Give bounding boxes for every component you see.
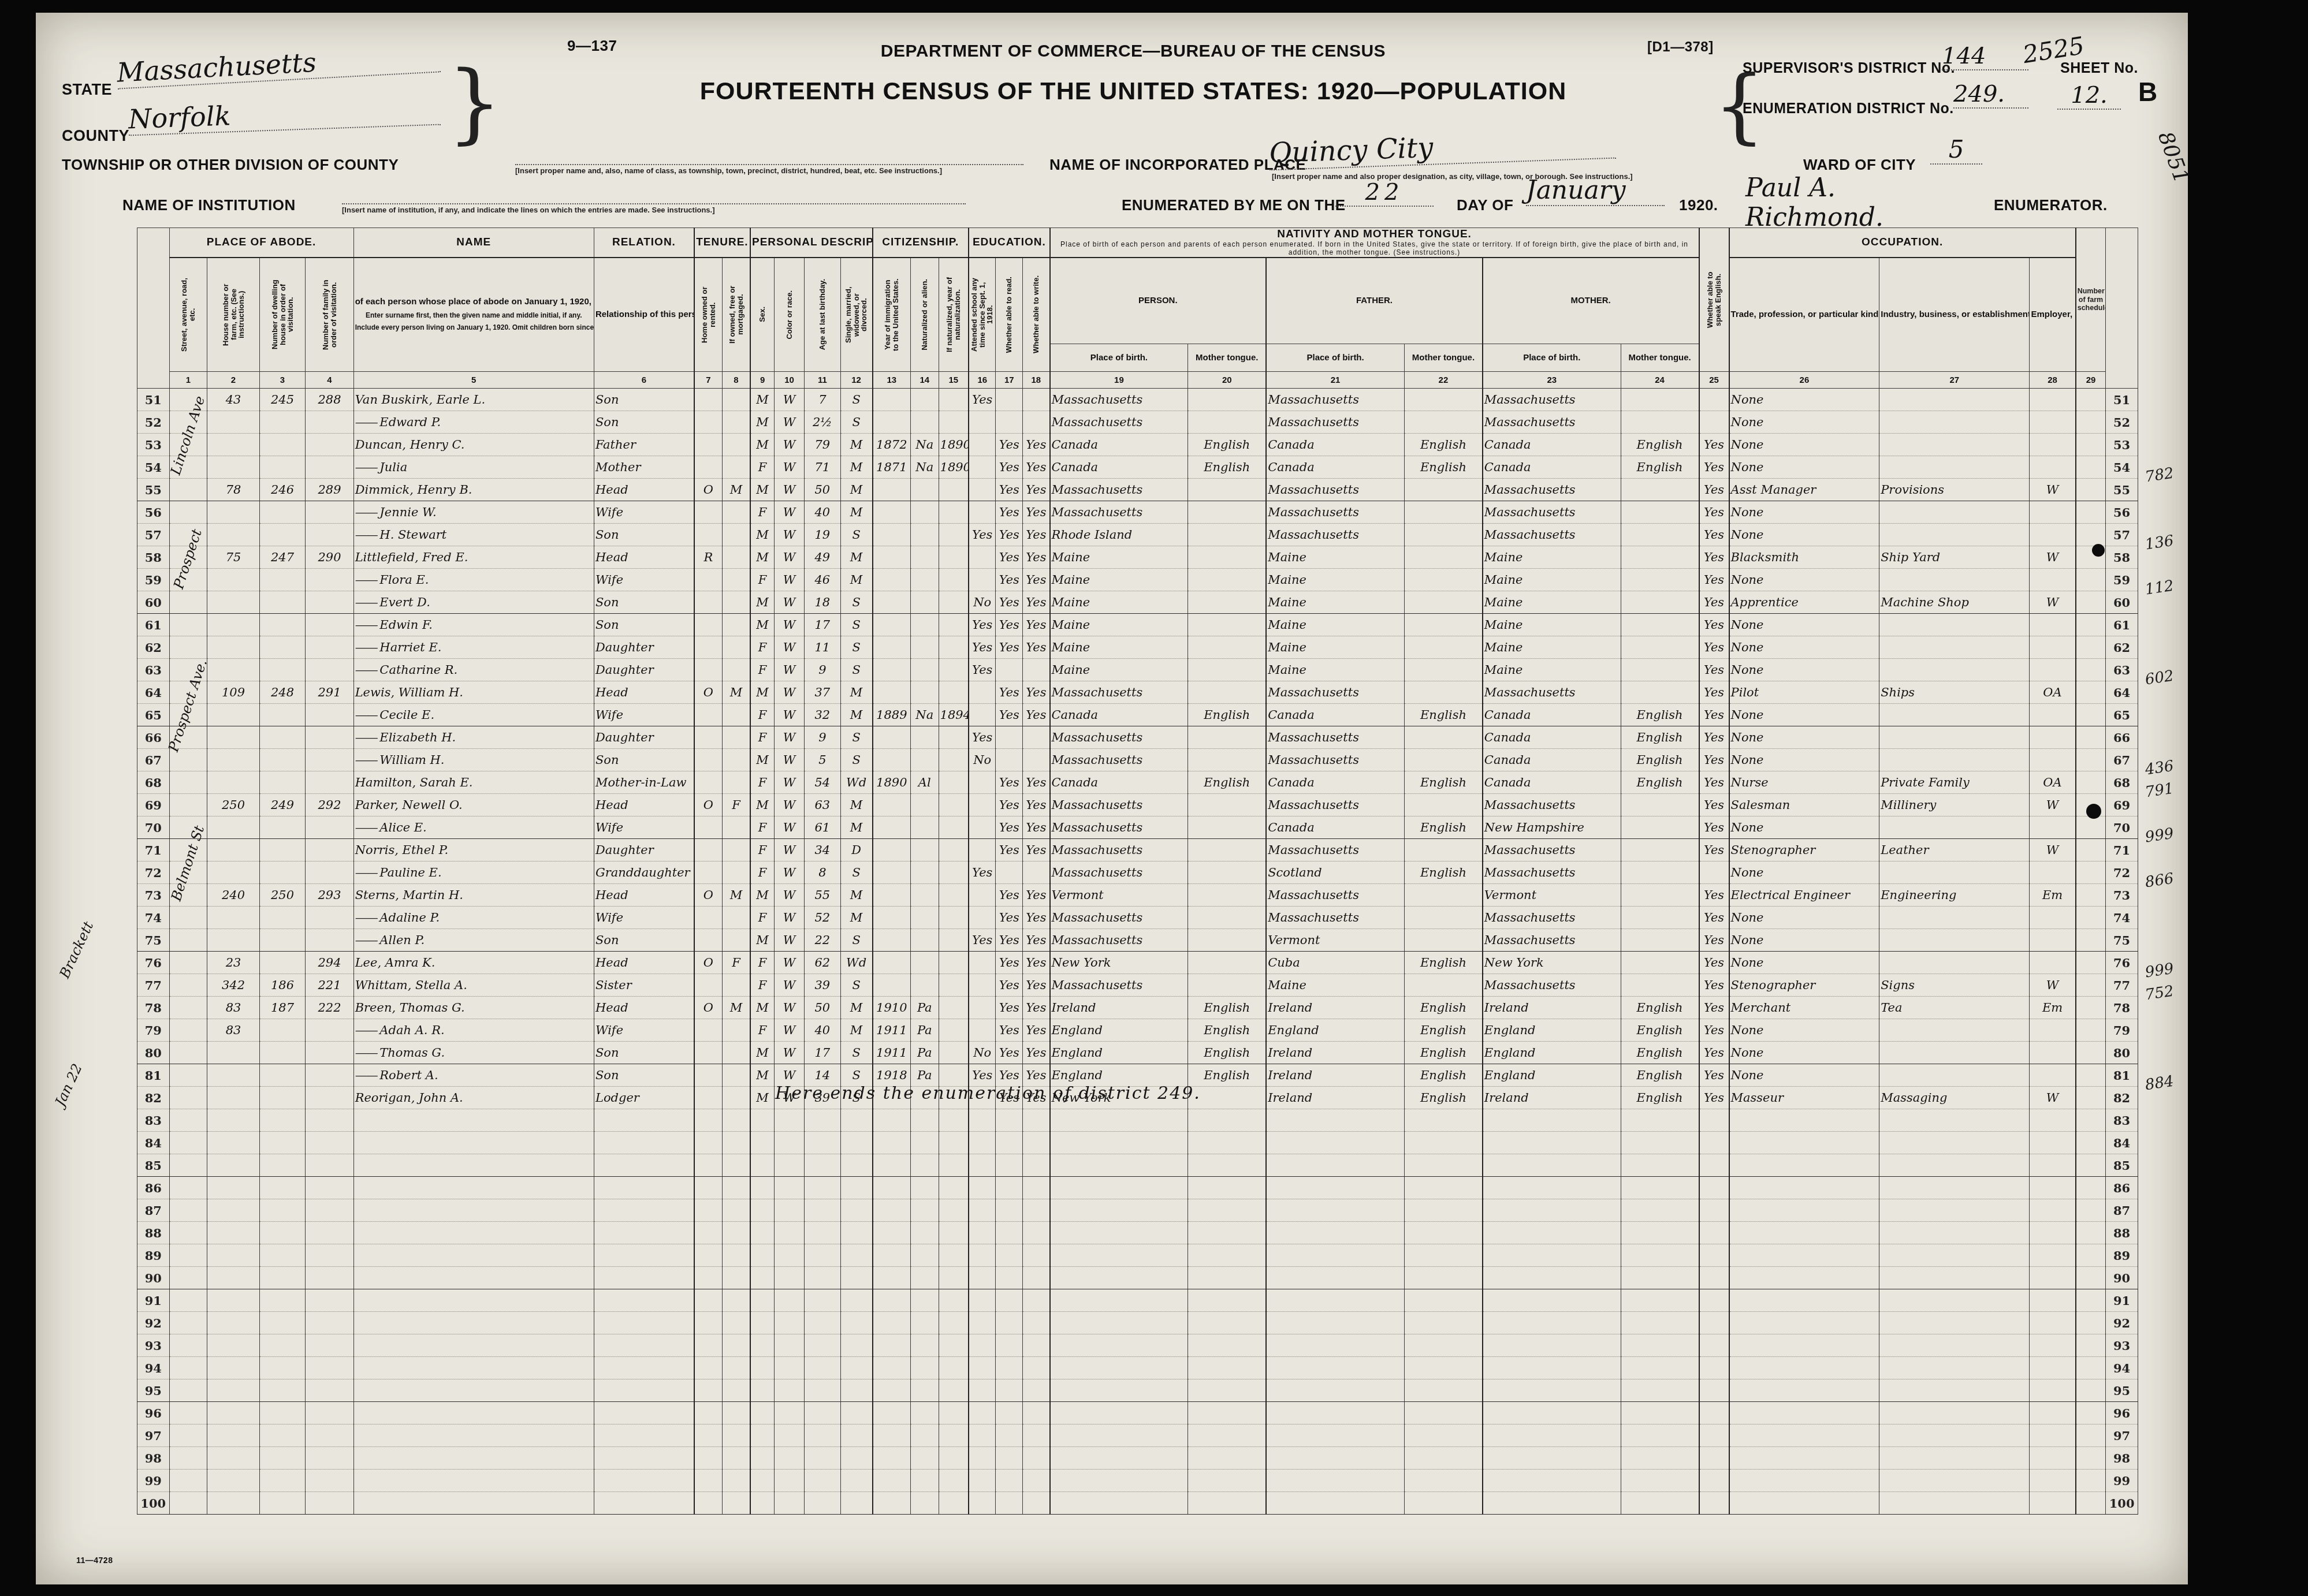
cell-mortgage [722, 501, 750, 524]
cell-trade: None [1729, 862, 1879, 884]
cell-house [207, 1267, 259, 1289]
cell-emp [2030, 1492, 2076, 1515]
line-number: 96 [2106, 1402, 2138, 1425]
cell-name: Reorigan, John A. [353, 1087, 594, 1109]
cell-pmt [1188, 546, 1266, 569]
cell-name [353, 1334, 594, 1357]
cell-mb: Maine [1483, 659, 1621, 681]
cell-fb: Maine [1266, 569, 1404, 591]
cell-write: Yes [1023, 907, 1050, 929]
cell-name [353, 1199, 594, 1222]
cell-family: 222 [306, 997, 353, 1019]
line-number: 74 [137, 907, 170, 929]
cell-age [805, 1312, 840, 1334]
cell-write [1023, 1402, 1050, 1425]
cell-pb [1050, 1109, 1188, 1132]
cell-street [169, 1357, 207, 1379]
cell-street [169, 1042, 207, 1064]
cell-name: Jennie W. [353, 501, 594, 524]
cell-fb: Maine [1266, 636, 1404, 659]
cell-natyear [939, 614, 969, 636]
cell-school [969, 884, 996, 907]
cell-name: Norris, Ethel P. [353, 839, 594, 862]
cell-mb [1483, 1470, 1621, 1492]
cell-farm [2076, 997, 2106, 1019]
cell-house: 83 [207, 997, 259, 1019]
cell-color: W [775, 636, 805, 659]
cell-emp [2030, 1019, 2076, 1042]
cell-sex [750, 1267, 775, 1289]
cell-pb [1050, 1447, 1188, 1470]
table-row: 72Pauline E.GranddaughterFW8SYesMassachu… [137, 862, 2138, 884]
cell-tenure [694, 1357, 723, 1379]
cell-dwelling [259, 1199, 306, 1222]
cell-color: W [775, 794, 805, 816]
cell-imm [873, 1402, 911, 1425]
cell-imm [873, 794, 911, 816]
cell-write [1023, 1447, 1050, 1470]
cell-street [169, 1312, 207, 1334]
incorporated-place-value: Quincy City [1268, 125, 1616, 171]
cell-read: Yes [996, 974, 1023, 997]
cell-marital: M [840, 794, 873, 816]
cell-write: Yes [1023, 816, 1050, 839]
subgroup-father: FATHER. [1266, 258, 1483, 344]
cell-emp [2030, 1199, 2076, 1222]
cell-sex [750, 1199, 775, 1222]
cell-pmt [1188, 1267, 1266, 1289]
cell-mmt: English [1621, 997, 1699, 1019]
cell-industry [1879, 411, 2030, 434]
cell-trade: None [1729, 816, 1879, 839]
cell-nat [910, 1470, 939, 1492]
cell-sex: M [750, 411, 775, 434]
table-row: 67William H.SonMW5SNoMassachusettsMassac… [137, 749, 2138, 771]
cell-color: W [775, 771, 805, 794]
cell-nat [910, 749, 939, 771]
line-number: 76 [137, 952, 170, 974]
cell-dwelling [259, 1357, 306, 1379]
cell-fb [1266, 1379, 1404, 1402]
cell-imm [873, 1244, 911, 1267]
cell-farm [2076, 569, 2106, 591]
cell-pb: Maine [1050, 591, 1188, 614]
cell-trade [1729, 1402, 1879, 1425]
cell-pb: Canada [1050, 456, 1188, 479]
cell-age: 79 [805, 434, 840, 456]
cell-dwelling [259, 1289, 306, 1312]
line-number: 68 [2106, 771, 2138, 794]
cell-age [805, 1109, 840, 1132]
cell-fb [1266, 1132, 1404, 1154]
cell-color: W [775, 1042, 805, 1064]
cell-industry [1879, 1199, 2030, 1222]
col-header-family-number: Number of family in order of visitation. [306, 258, 353, 372]
line-number: 98 [2106, 1447, 2138, 1470]
cell-dwelling [259, 434, 306, 456]
cell-relation [594, 1109, 694, 1132]
cell-pb [1050, 1425, 1188, 1447]
cell-mb: England [1483, 1019, 1621, 1042]
cell-fb: England [1266, 1019, 1404, 1042]
cell-write [1023, 1244, 1050, 1267]
line-number: 57 [137, 524, 170, 546]
enumeration-district-value: 249. [1953, 81, 2028, 109]
table-row: 9696 [137, 1402, 2138, 1425]
line-number: 87 [2106, 1199, 2138, 1222]
cell-imm [873, 1177, 911, 1199]
cell-imm [873, 839, 911, 862]
cell-dwelling [259, 1312, 306, 1334]
cell-sex: M [750, 389, 775, 411]
cell-mortgage [722, 704, 750, 726]
cell-write [1023, 1109, 1050, 1132]
cell-pb: England [1050, 1042, 1188, 1064]
cell-name: Thomas G. [353, 1042, 594, 1064]
cell-color: W [775, 862, 805, 884]
cell-school [969, 839, 996, 862]
cell-sex: M [750, 524, 775, 546]
cell-fmt: English [1405, 704, 1483, 726]
cell-imm [873, 862, 911, 884]
cell-street [169, 1199, 207, 1222]
ward-value: 5 [1930, 135, 1982, 165]
cell-school [969, 1379, 996, 1402]
cell-name [353, 1379, 594, 1402]
cell-dwelling [259, 749, 306, 771]
cell-natyear [939, 1312, 969, 1334]
column-number-row: 1234 5678 9101112 13141516 17181920 2122… [137, 372, 2138, 389]
cell-mb: Canada [1483, 434, 1621, 456]
cell-age: 11 [805, 636, 840, 659]
cell-mmt [1621, 614, 1699, 636]
cell-school: No [969, 749, 996, 771]
cell-house [207, 614, 259, 636]
cell-emp [2030, 816, 2076, 839]
cell-nat [910, 1379, 939, 1402]
cell-pmt [1188, 1154, 1266, 1177]
cell-age [805, 1244, 840, 1267]
cell-house [207, 1334, 259, 1357]
cell-school: No [969, 591, 996, 614]
cell-mb [1483, 1244, 1621, 1267]
cell-age: 17 [805, 614, 840, 636]
cell-natyear [939, 1425, 969, 1447]
cell-street [169, 1132, 207, 1154]
cell-mortgage [722, 1312, 750, 1334]
table-row: 7623294Lee, Amra K.HeadOFFW62WdYesYesNew… [137, 952, 2138, 974]
cell-pmt [1188, 411, 1266, 434]
cell-name [353, 1470, 594, 1492]
cell-mb: Massachusetts [1483, 974, 1621, 997]
cell-pb [1050, 1177, 1188, 1199]
cell-tenure [694, 1447, 723, 1470]
cell-imm: 1890 [873, 771, 911, 794]
cell-house [207, 1177, 259, 1199]
group-place-of-abode: PLACE OF ABODE. [169, 228, 353, 258]
cell-street [169, 929, 207, 952]
cell-farm [2076, 389, 2106, 411]
cell-family [306, 1019, 353, 1042]
cell-marital: M [840, 479, 873, 501]
cell-fb: Canada [1266, 456, 1404, 479]
cell-fb [1266, 1177, 1404, 1199]
table-row: 7883187222Breen, Thomas G.HeadOMMW50M191… [137, 997, 2138, 1019]
cell-age: 55 [805, 884, 840, 907]
cell-mb [1483, 1199, 1621, 1222]
cell-pmt [1188, 591, 1266, 614]
cell-pb: Rhode Island [1050, 524, 1188, 546]
cell-age: 18 [805, 591, 840, 614]
line-number: 76 [2106, 952, 2138, 974]
cell-nat [910, 524, 939, 546]
cell-dwelling: 247 [259, 546, 306, 569]
cell-fb [1266, 1425, 1404, 1447]
cell-emp [2030, 1267, 2076, 1289]
margin-tally-number: 884 [2144, 1073, 2175, 1094]
cell-fmt [1405, 974, 1483, 997]
cell-eng: Yes [1699, 929, 1729, 952]
cell-nat [910, 411, 939, 434]
col-header-farm-schedule: Number of farm schedule. [2076, 228, 2106, 372]
cell-write: Yes [1023, 929, 1050, 952]
cell-trade: None [1729, 434, 1879, 456]
line-number: 89 [137, 1244, 170, 1267]
cell-mb: Canada [1483, 749, 1621, 771]
footer-form-code: 11—4728 [76, 1556, 113, 1565]
cell-sex: M [750, 997, 775, 1019]
cell-school [969, 546, 996, 569]
margin-tally-number: 112 [2144, 577, 2175, 599]
line-number: 94 [137, 1357, 170, 1379]
cell-fmt: English [1405, 456, 1483, 479]
cell-farm [2076, 591, 2106, 614]
table-row: 5578246289Dimmick, Henry B.HeadOMMW50MYe… [137, 479, 2138, 501]
cell-natyear [939, 997, 969, 1019]
cell-family [306, 524, 353, 546]
cell-sex: F [750, 952, 775, 974]
cell-natyear [939, 1402, 969, 1425]
line-number: 85 [137, 1154, 170, 1177]
cell-mortgage [722, 929, 750, 952]
cell-dwelling: 187 [259, 997, 306, 1019]
cell-write [1023, 1222, 1050, 1244]
cell-fb [1266, 1244, 1404, 1267]
table-row: 77342186221Whittam, Stella A.SisterFW39S… [137, 974, 2138, 997]
cell-trade: None [1729, 501, 1879, 524]
cell-eng: Yes [1699, 614, 1729, 636]
cell-house [207, 1312, 259, 1334]
cell-street [169, 1402, 207, 1425]
group-nativity-title: NATIVITY AND MOTHER TONGUE. [1052, 228, 1698, 241]
cell-family [306, 1334, 353, 1357]
line-number: 83 [137, 1109, 170, 1132]
cell-nat [910, 659, 939, 681]
cell-color: W [775, 479, 805, 501]
col-header-read: Whether able to read. [996, 258, 1023, 372]
cell-nat: Al [910, 771, 939, 794]
cell-emp: W [2030, 479, 2076, 501]
cell-color: W [775, 704, 805, 726]
cell-natyear [939, 1109, 969, 1132]
cell-family [306, 434, 353, 456]
cell-emp: W [2030, 794, 2076, 816]
cell-nat [910, 907, 939, 929]
cell-color: W [775, 389, 805, 411]
cell-fmt [1405, 794, 1483, 816]
state-value: Massachusetts [116, 40, 441, 89]
cell-imm [873, 1222, 911, 1244]
cell-dwelling [259, 704, 306, 726]
cell-mb [1483, 1154, 1621, 1177]
cell-fmt: English [1405, 1064, 1483, 1087]
cell-house [207, 816, 259, 839]
cell-trade: None [1729, 1064, 1879, 1087]
cell-relation [594, 1470, 694, 1492]
cell-pmt [1188, 1109, 1266, 1132]
cell-marital: S [840, 659, 873, 681]
cell-trade: None [1729, 659, 1879, 681]
cell-natyear [939, 1177, 969, 1199]
cell-emp [2030, 1470, 2076, 1492]
cell-marital: S [840, 524, 873, 546]
cell-pb: Massachusetts [1050, 839, 1188, 862]
cell-tenure [694, 816, 723, 839]
cell-pmt: English [1188, 434, 1266, 456]
margin-tally-number: 602 [2144, 668, 2175, 689]
cell-pb: Massachusetts [1050, 862, 1188, 884]
cell-mb [1483, 1222, 1621, 1244]
cell-name: Edward P. [353, 411, 594, 434]
cell-color: W [775, 411, 805, 434]
cell-tenure [694, 749, 723, 771]
cell-trade: None [1729, 411, 1879, 434]
table-row: 5875247290Littlefield, Fred E.HeadRMW49M… [137, 546, 2138, 569]
cell-pmt [1188, 1312, 1266, 1334]
cell-school [969, 1109, 996, 1132]
cell-pmt [1188, 1177, 1266, 1199]
line-number: 93 [137, 1334, 170, 1357]
cell-relation: Granddaughter [594, 862, 694, 884]
cell-pmt [1188, 929, 1266, 952]
cell-natyear: 1894 [939, 704, 969, 726]
cell-emp [2030, 524, 2076, 546]
cell-pb [1050, 1267, 1188, 1289]
cell-industry [1879, 749, 2030, 771]
cell-dwelling: 248 [259, 681, 306, 704]
institution-label: NAME OF INSTITUTION [122, 196, 296, 214]
cell-eng [1699, 1402, 1729, 1425]
cell-tenure [694, 456, 723, 479]
cell-emp [2030, 749, 2076, 771]
cell-natyear [939, 974, 969, 997]
cell-mortgage [722, 1019, 750, 1042]
cell-nat [910, 681, 939, 704]
line-number: 75 [2106, 929, 2138, 952]
cell-eng: Yes [1699, 907, 1729, 929]
cell-tenure: O [694, 681, 723, 704]
cell-house [207, 1064, 259, 1087]
cell-emp [2030, 907, 2076, 929]
cell-write: Yes [1023, 569, 1050, 591]
cell-color: W [775, 749, 805, 771]
cell-write [1023, 1199, 1050, 1222]
col-header-relation: Relationship of this person to the head … [594, 258, 694, 372]
ink-spot [2086, 804, 2101, 819]
cell-natyear [939, 636, 969, 659]
cell-trade: Nurse [1729, 771, 1879, 794]
line-number: 59 [2106, 569, 2138, 591]
cell-family [306, 1132, 353, 1154]
cell-mortgage [722, 1064, 750, 1087]
line-number: 97 [2106, 1425, 2138, 1447]
line-number: 72 [137, 862, 170, 884]
cell-sex: F [750, 816, 775, 839]
cell-fb: Canada [1266, 704, 1404, 726]
cell-mmt [1621, 546, 1699, 569]
cell-fb: Ireland [1266, 1087, 1404, 1109]
cell-name [353, 1177, 594, 1199]
line-number: 58 [2106, 546, 2138, 569]
cell-sex: M [750, 1064, 775, 1087]
cell-street [169, 1177, 207, 1199]
cell-color [775, 1222, 805, 1244]
incorporated-place-label: NAME OF INCORPORATED PLACE [1049, 156, 1306, 174]
cell-farm [2076, 479, 2106, 501]
cell-natyear [939, 749, 969, 771]
cell-name: Breen, Thomas G. [353, 997, 594, 1019]
cell-industry [1879, 1064, 2030, 1087]
line-number: 59 [137, 569, 170, 591]
cell-emp [2030, 929, 2076, 952]
cell-dwelling [259, 839, 306, 862]
cell-mmt [1621, 839, 1699, 862]
cell-farm [2076, 1064, 2106, 1087]
cell-mortgage [722, 1042, 750, 1064]
cell-mmt: English [1621, 1087, 1699, 1109]
cell-relation: Mother-in-Law [594, 771, 694, 794]
table-row: 75Allen P.SonMW22SYesYesYesMassachusetts… [137, 929, 2138, 952]
cell-color: W [775, 434, 805, 456]
table-row: 73240250293Sterns, Martin H.HeadOMMW55MY… [137, 884, 2138, 907]
cell-relation: Daughter [594, 726, 694, 749]
sheet-label: SHEET No. [2060, 60, 2138, 77]
cell-nat [910, 884, 939, 907]
cell-marital [840, 1177, 873, 1199]
cell-industry: Private Family [1879, 771, 2030, 794]
cell-read [996, 1199, 1023, 1222]
cell-eng: Yes [1699, 1064, 1729, 1087]
cell-natyear [939, 1334, 969, 1357]
cell-fmt [1405, 1447, 1483, 1470]
cell-relation [594, 1177, 694, 1199]
cell-relation [594, 1132, 694, 1154]
cell-mmt [1621, 1447, 1699, 1470]
cell-family [306, 907, 353, 929]
cell-mb: Maine [1483, 546, 1621, 569]
cell-school [969, 569, 996, 591]
line-number: 70 [137, 816, 170, 839]
cell-write [1023, 1177, 1050, 1199]
cell-farm [2076, 704, 2106, 726]
cell-mortgage [722, 1470, 750, 1492]
cell-industry: Tea [1879, 997, 2030, 1019]
cell-relation: Son [594, 389, 694, 411]
cell-marital [840, 1244, 873, 1267]
line-number-col-left [137, 228, 170, 389]
cell-natyear [939, 1222, 969, 1244]
cell-tenure [694, 1087, 723, 1109]
